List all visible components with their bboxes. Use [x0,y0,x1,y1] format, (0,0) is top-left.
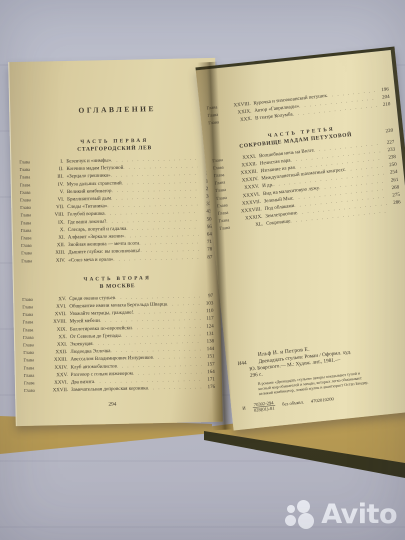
chapter-page: 176 [202,384,215,391]
chapter-page: 117 [201,315,214,322]
chapter-number: III. [39,173,67,181]
chapter-number: IX. [40,219,68,227]
chapter-label: Глава [23,333,42,340]
chapter-number: XI. [40,234,68,242]
imprint-index-letter: И [242,406,246,411]
chapter-number: IV. [39,181,67,189]
chapter-page: 71 [199,239,212,246]
chapter-label: Глава [219,223,239,232]
chapter-number: VIII. [39,211,67,219]
chapter-page: 138 [201,338,214,345]
chapter-label: Глава [20,196,39,203]
chapter-page: 171 [202,376,215,383]
chapter-number: XXIV. [43,364,71,372]
chapter-label: Глава [22,303,41,310]
chapter-label: Глава [24,387,43,394]
chapter-page: 144 [201,346,214,353]
imprint-index-code: 4702010200 [311,396,334,403]
chapter-page: 151 [201,353,214,360]
chapter-number: XX. [42,333,70,341]
leader-dots [148,383,202,391]
toc-part-one: Глава I. Безенчук и «нимфы» 3 Глава II. … [19,154,212,264]
imprint-index-denominator: 028(01)-81 [253,405,276,412]
chapter-title: Замечательная допровская корзинка [71,385,148,394]
toc-part-two: Глава XV. Среди океана стульев 97 Глава … [22,292,215,395]
chapter-number: XXIII. [42,356,70,364]
toc-header: ОГЛАВЛЕНИЕ [18,104,209,116]
chapter-number: XV. [41,295,69,303]
chapter-page: 286 [387,199,401,207]
chapter-page: 131 [201,330,214,337]
chapter-number: I. [38,158,66,166]
chapter-title: Голубой воришка [67,210,104,218]
chapter-number: XVIII. [42,318,70,326]
imprint-index-note: без объявл. [282,400,304,407]
chapter-label: Глава [20,181,39,188]
chapter-title: Музей мебели [70,318,100,326]
chapter-number: XXV. [43,371,71,379]
chapter-title: Сокровище [266,218,291,228]
chapter-page: 50 [198,216,211,223]
chapter-number: XXII. [42,349,70,357]
chapter-title: «Союз меча и орала» [68,256,113,264]
avito-watermark: Avito [285,499,397,530]
book-page-right: Глава XXVIII. Курочка и тихоокеанский пе… [195,47,405,431]
chapter-page: 124 [201,323,214,330]
chapter-number: X. [40,226,68,234]
chapter-label: Глава [22,311,41,318]
chapter-label: Глава [21,226,40,233]
chapter-label: Глава [20,188,39,195]
chapter-page: 87 [199,254,212,261]
photo-scene: { "left_page": { "header": "ОГЛАВЛЕНИЕ",… [0,0,405,540]
chapter-number: XL. [238,221,267,231]
catalog-card: Ильф И. и Петров Е. И44 Двенадцать стуль… [248,335,405,423]
chapter-label: Глава [19,166,38,173]
chapter-label: Глава [19,158,38,165]
toc-part-three: Глава XXXI. Волшебная ночь на Волге 227 … [212,138,402,233]
imprint-code: И44 [237,360,246,366]
chapter-page: 110 [200,308,213,315]
avito-wordmark: Avito [321,499,397,530]
chapter-label: Глава [21,249,40,256]
chapter-number: VII. [39,204,67,212]
chapter-page: 64 [199,231,212,238]
part-three-page: 220 [380,127,394,134]
chapter-label: Глава [23,318,42,325]
chapter-label: Глава [24,379,43,386]
chapter-number: XXVI. [43,379,71,387]
chapter-label: Глава [22,295,41,302]
chapter-label: Глава [23,349,42,356]
chapter-label: Глава [21,242,40,249]
chapter-page: 56 [199,223,212,230]
chapter-number: XIX. [42,326,70,334]
left-page-number: 294 [24,400,215,409]
chapter-number: VI. [39,196,67,204]
chapter-label: Глава [20,173,39,180]
chapter-label: Глава [208,118,228,127]
chapter-number: XIV. [40,257,68,265]
chapter-page [389,211,402,212]
chapter-label: Глава [21,234,40,241]
chapter-label: Глава [24,371,43,378]
chapter-number: II. [38,166,66,174]
imprint-index-fraction: 70302-294 028(01)-81 [252,400,276,413]
chapter-label: Глава [20,204,39,211]
chapter-label: Глава [24,364,43,371]
chapter-page: 210 [377,101,391,109]
chapter-label: Глава [23,326,42,333]
chapter-number: XXX. [227,115,256,125]
chapter-page: 103 [200,300,213,307]
chapter-number: XVII. [41,311,69,319]
avito-dots-icon [285,500,315,530]
chapter-label: Глава [23,356,42,363]
chapter-number: V. [39,188,67,196]
chapter-label: Глава [23,341,42,348]
chapter-title: Экзекуция [70,341,93,349]
chapter-number: XXI. [42,341,70,349]
toc-part-two-end: Глава XXVIII. Курочка и тихоокеанский пе… [206,85,390,127]
leader-dots [167,300,201,308]
chapter-label: Глава [21,257,40,264]
chapter-page: 78 [199,246,212,253]
chapter-number: XVI. [41,303,69,311]
chapter-label: Глава [21,219,40,226]
book-page-left: ОГЛАВЛЕНИЕ ЧАСТЬ ПЕРВАЯ СТАРГОРОДСКИЙ ЛЕ… [8,58,223,426]
chapter-number: XIII. [40,249,68,257]
chapter-number: XII. [40,242,68,250]
leader-dots [113,254,199,263]
chapter-number: XXVII. [43,387,71,395]
chapter-page: 97 [200,292,213,299]
chapter-page: 164 [202,368,215,375]
chapter-title: Два визита [71,379,94,387]
chapter-label: Глава [20,211,39,218]
chapter-page: 157 [202,361,215,368]
